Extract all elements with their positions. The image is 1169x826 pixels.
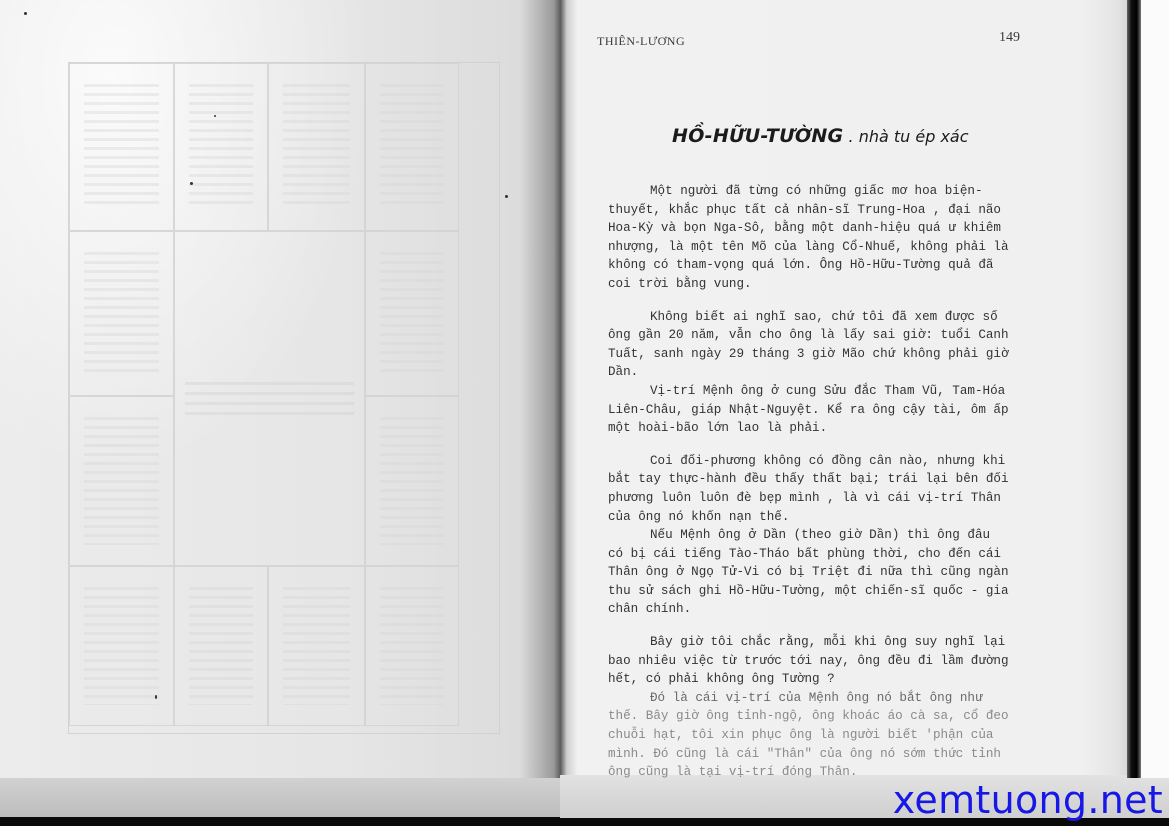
text-line: không có tham-vọng quá lớn. Ông Hồ-Hữu-T…	[608, 256, 1038, 275]
text-line: Vị-trí Mệnh ông ở cung Sửu đắc Tham Vũ, …	[608, 382, 1038, 401]
chart-cell	[174, 566, 268, 726]
chapter-title-subtitle: . nhà tu ép xác	[849, 127, 969, 146]
running-head: THIÊN-LƯƠNG	[597, 34, 685, 49]
dust-speck	[155, 695, 157, 699]
chart-cell	[69, 63, 174, 231]
chart-cell	[69, 231, 174, 396]
paragraph: Không biết ai nghĩ sao, chứ tôi đã xem đ…	[608, 308, 1038, 382]
text-line: chuỗi hạt, tôi xin phục ông là người biế…	[608, 726, 1038, 745]
bleed-through-chart	[68, 62, 500, 734]
dust-speck	[505, 195, 508, 198]
text-line: Coi đối-phương không có đồng cân nào, nh…	[608, 452, 1038, 471]
text-line: hết, có phải không ông Tường ?	[608, 670, 1038, 689]
paragraph: Đó là cái vị-trí của Mệnh ông nó bắt ông…	[608, 689, 1038, 782]
text-line: bắt tay thực-hành đều thấy thất bại; trá…	[608, 470, 1038, 489]
text-line: Liên-Châu, giáp Nhật-Nguyệt. Kể ra ông c…	[608, 401, 1038, 420]
paragraph: Coi đối-phương không có đồng cân nào, nh…	[608, 452, 1038, 526]
text-line: thế. Bây giờ ông tỉnh-ngộ, ông khoác áo …	[608, 707, 1038, 726]
text-line: Nếu Mệnh ông ở Dần (theo giờ Dần) thì ôn…	[608, 526, 1038, 545]
chart-cell	[69, 566, 174, 726]
text-line: chân chính.	[608, 600, 1038, 619]
chart-cell	[365, 231, 459, 396]
paragraph: Một người đã từng có những giấc mơ hoa b…	[608, 182, 1038, 294]
text-line: phương luôn luôn đè bẹp mình , là vì cái…	[608, 489, 1038, 508]
text-line: Thân ông ở Ngọ Tử-Vi có bị Triệt đi nữa …	[608, 563, 1038, 582]
chart-center	[174, 231, 365, 566]
dust-speck	[190, 182, 193, 185]
text-line: coi trời bằng vung.	[608, 275, 1038, 294]
chart-cell	[268, 63, 365, 231]
text-line: của ông nó khốn nạn thế.	[608, 508, 1038, 527]
chart-cell	[69, 396, 174, 566]
text-line: mình. Đó cũng là cái "Thân" của ông nó s…	[608, 745, 1038, 764]
paragraph: Bây giờ tôi chắc rằng, mỗi khi ông suy n…	[608, 633, 1038, 689]
paragraph-gap	[608, 438, 1038, 452]
watermark: xemtuong.net	[893, 778, 1163, 822]
body-text: Một người đã từng có những giấc mơ hoa b…	[608, 182, 1038, 782]
text-line: thu sử sách ghi Hồ-Hữu-Tường, một chiến-…	[608, 582, 1038, 601]
paragraph-gap	[608, 619, 1038, 633]
dust-speck	[214, 115, 216, 117]
chart-cell	[174, 63, 268, 231]
text-line: Bây giờ tôi chắc rằng, mỗi khi ông suy n…	[608, 633, 1038, 652]
paragraph: Vị-trí Mệnh ông ở cung Sửu đắc Tham Vũ, …	[608, 382, 1038, 438]
scan-margin	[1141, 0, 1169, 778]
page-number: 149	[999, 30, 1020, 46]
text-line: Không biết ai nghĩ sao, chứ tôi đã xem đ…	[608, 308, 1038, 327]
text-line: bao nhiêu việc từ trước tới nay, ông đều…	[608, 652, 1038, 671]
text-line: Một người đã từng có những giấc mơ hoa b…	[608, 182, 1038, 201]
chapter-title: HỒ-HỮU-TƯỜNG . nhà tu ép xác	[672, 125, 969, 147]
text-line: Dần.	[608, 363, 1038, 382]
text-line: một hoài-bão lớn lao là phải.	[608, 419, 1038, 438]
text-line: nhượng, là một tên Mõ của làng Cổ-Nhuế, …	[608, 238, 1038, 257]
text-line: ông gần 20 năm, vẫn cho ông là lấy sai g…	[608, 326, 1038, 345]
chart-cell	[268, 566, 365, 726]
dust-speck	[24, 12, 27, 15]
chart-cell	[365, 566, 459, 726]
chart-cell	[365, 63, 459, 231]
paragraph-gap	[608, 294, 1038, 308]
text-line: Đó là cái vị-trí của Mệnh ông nó bắt ông…	[608, 689, 1038, 708]
paragraph: Nếu Mệnh ông ở Dần (theo giờ Dần) thì ôn…	[608, 526, 1038, 619]
chart-cell	[365, 396, 459, 566]
text-line: Hoa-Kỳ và bọn Nga-Sô, bằng một danh-hiệu…	[608, 219, 1038, 238]
book-edge	[1127, 0, 1141, 778]
text-line: có bị cái tiếng Tào-Tháo bất phùng thời,…	[608, 545, 1038, 564]
text-line: Tuất, sanh ngày 29 tháng 3 giờ Mão chứ k…	[608, 345, 1038, 364]
chapter-title-name: HỒ-HỮU-TƯỜNG	[672, 125, 843, 147]
text-line: thuyết, khắc phục tất cả nhân-sĩ Trung-H…	[608, 201, 1038, 220]
left-page	[0, 0, 565, 778]
